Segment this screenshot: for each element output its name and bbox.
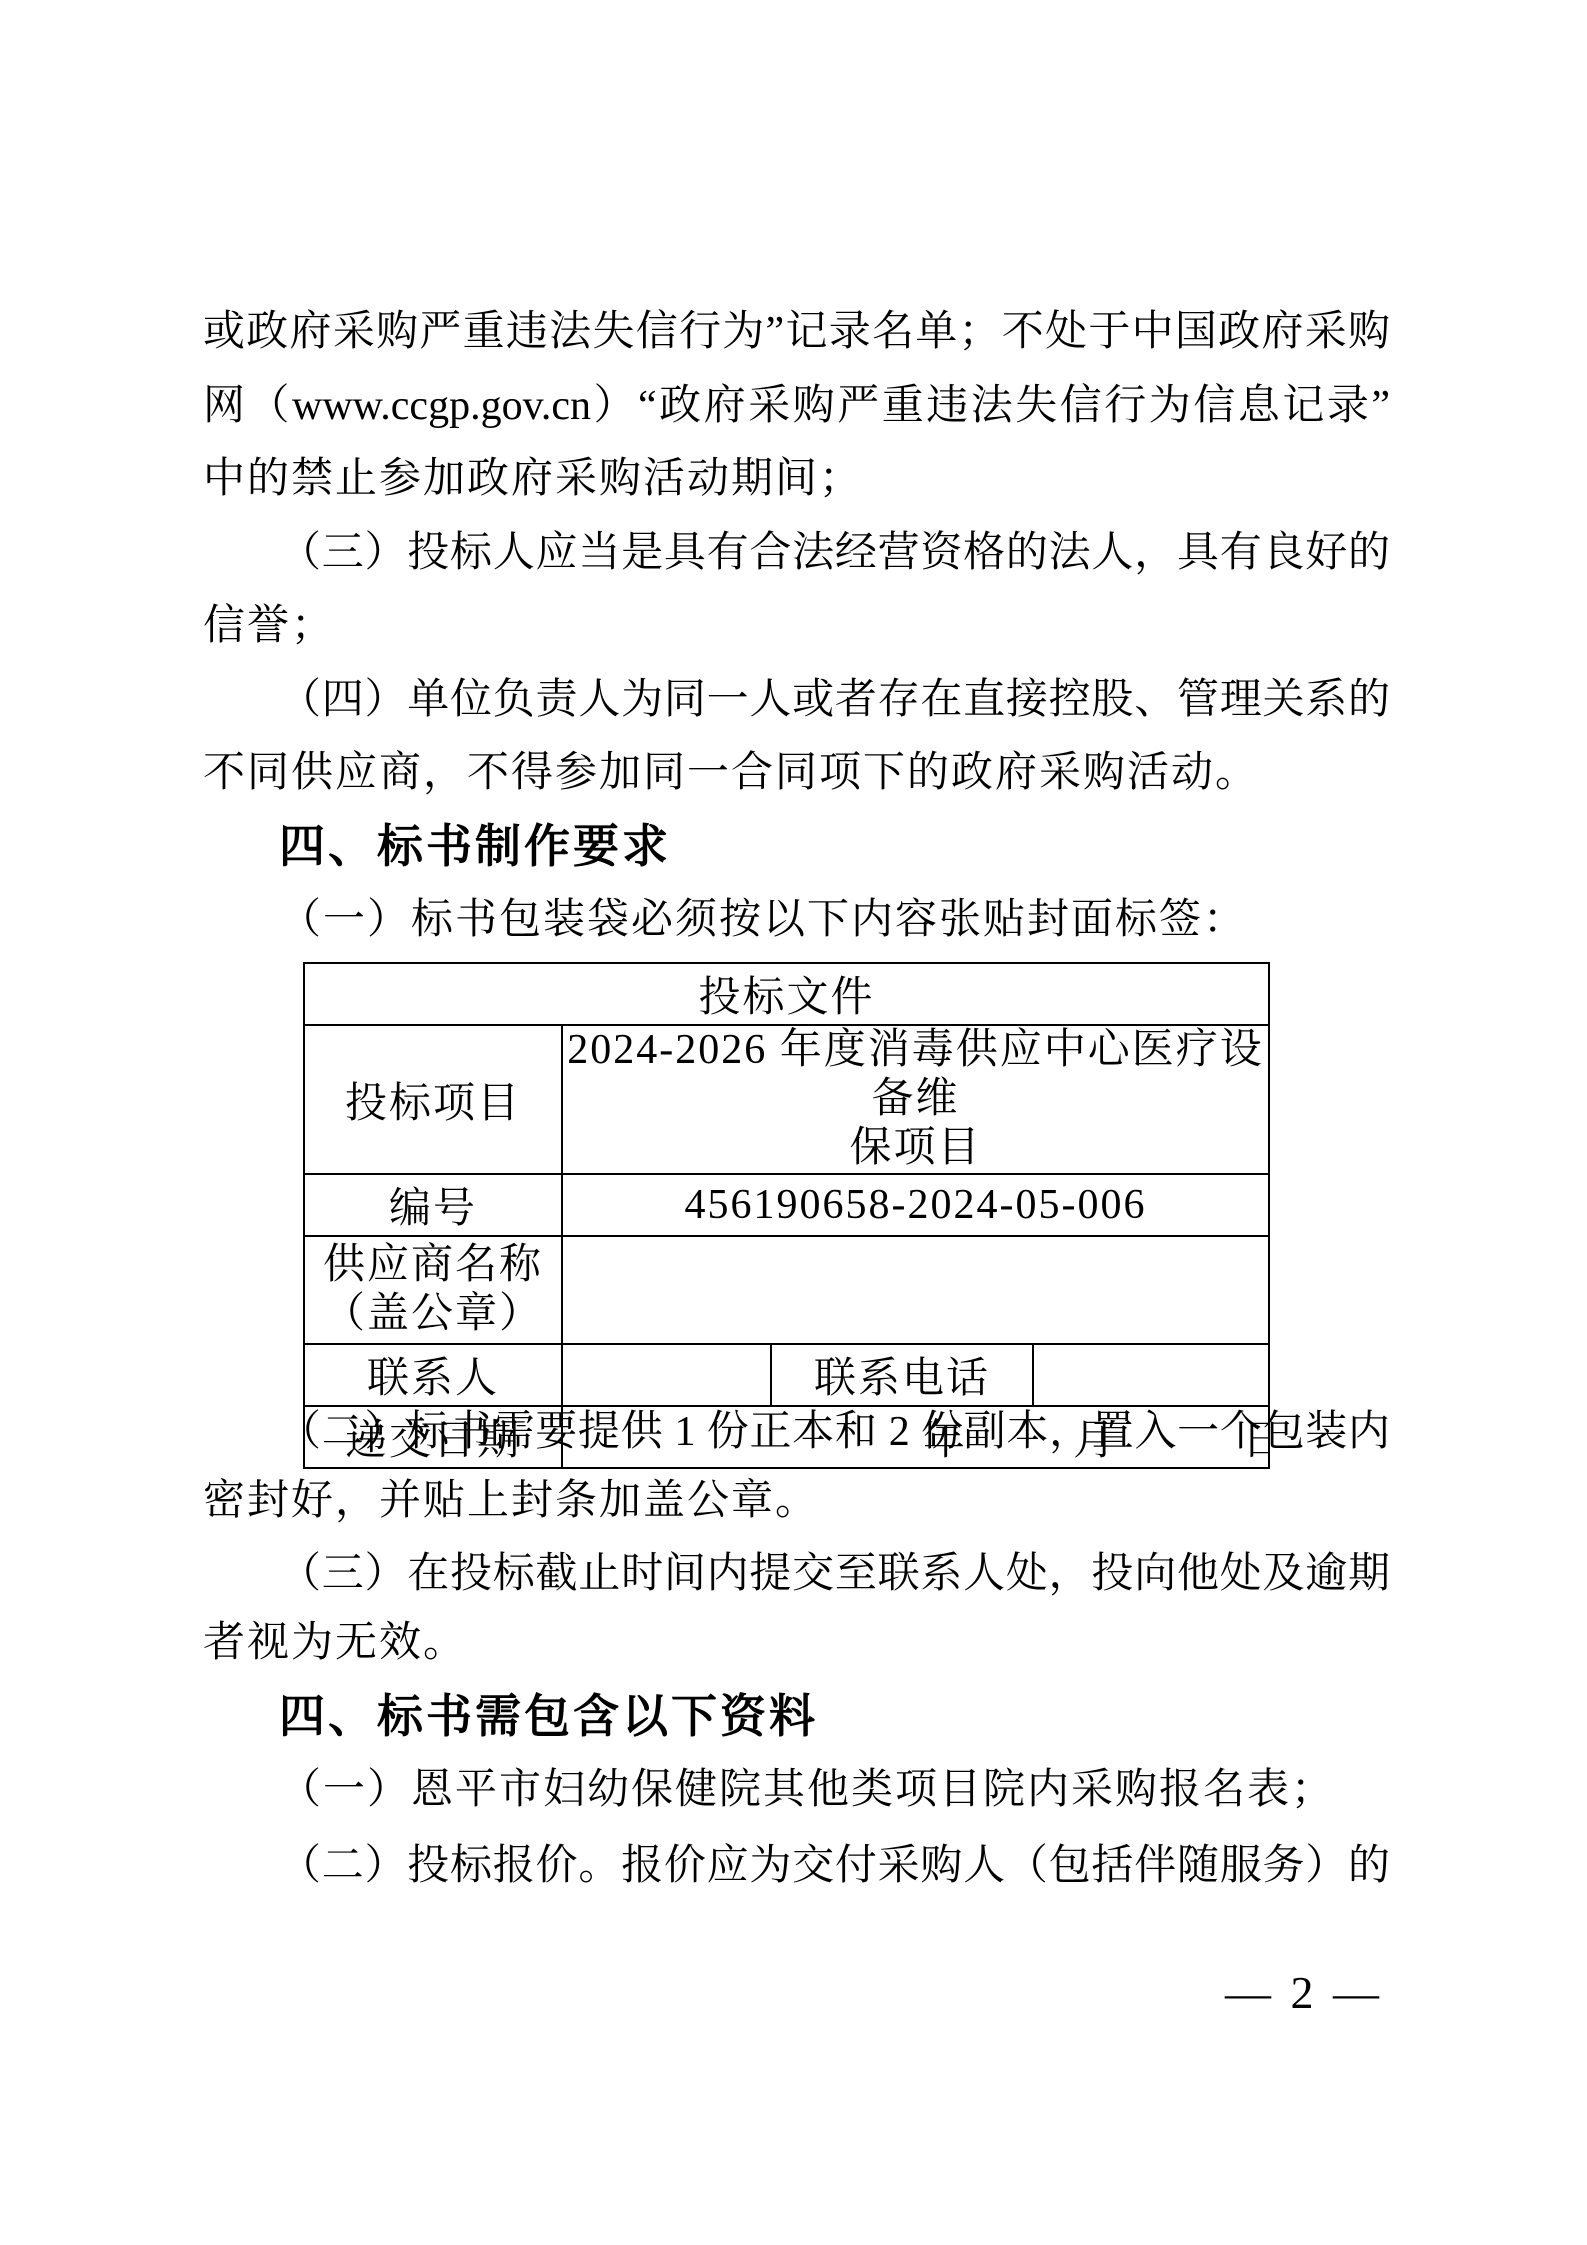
paragraph-line: （三）投标人应当是具有合法经营资格的法人，具有良好的	[203, 517, 1390, 590]
paragraph-line: 或政府采购严重违法失信行为”记录名单；不处于中国政府采购	[203, 296, 1390, 369]
number-label-cell: 编号	[304, 1174, 562, 1236]
paragraph-line: 信誉；	[203, 590, 1390, 663]
supplier-value-cell	[562, 1236, 1269, 1344]
page-number: — 2 —	[203, 1962, 1383, 2024]
paragraph-line: （一）标书包装袋必须按以下内容张贴封面标签：	[203, 884, 1390, 957]
supplier-label-cell: 供应商名称 （盖公章）	[304, 1236, 562, 1344]
paragraph-line: （二）投标报价。报价应为交付采购人（包括伴随服务）的	[203, 1830, 1390, 1903]
table-title-cell: 投标文件	[304, 963, 1269, 1025]
paragraph-line: （三）在投标截止时间内提交至联系人处，投向他处及逾期	[203, 1538, 1390, 1611]
paragraph-line: （四）单位负责人为同一人或者存在直接控股、管理关系的	[203, 664, 1390, 737]
supplier-label-line2: （盖公章）	[305, 1290, 561, 1339]
project-value-line1: 2024-2026 年度消毒供应中心医疗设备维	[563, 1026, 1268, 1124]
project-label-cell: 投标项目	[304, 1025, 562, 1174]
project-value-cell: 2024-2026 年度消毒供应中心医疗设备维 保项目	[562, 1025, 1269, 1174]
project-value-line2: 保项目	[563, 1124, 1268, 1173]
document-page: 或政府采购严重违法失信行为”记录名单；不处于中国政府采购 网（www.ccgp.…	[0, 0, 1587, 2245]
bid-cover-label-table: 投标文件 投标项目 2024-2026 年度消毒供应中心医疗设备维 保项目 编号…	[303, 962, 1270, 1469]
section-heading: 四、标书需包含以下资料	[203, 1680, 1390, 1753]
paragraph-line: 密封好，并贴上封条加盖公章。	[203, 1465, 1390, 1538]
paragraph-line: 不同供应商，不得参加同一合同项下的政府采购活动。	[203, 737, 1390, 810]
paragraph-line: （一）恩平市妇幼保健院其他类项目院内采购报名表；	[203, 1754, 1390, 1827]
paragraph-line: 中的禁止参加政府采购活动期间；	[203, 443, 1390, 516]
paragraph-line: （二）标书需要提供 1 份正本和 2 份副本，置入一个包装内	[203, 1396, 1390, 1469]
paragraph-line: 者视为无效。	[203, 1607, 1390, 1680]
section-heading: 四、标书制作要求	[203, 810, 1390, 883]
paragraph-line: 网（www.ccgp.gov.cn）“政府采购严重违法失信行为信息记录”	[203, 370, 1390, 443]
number-value-cell: 456190658-2024-05-006	[562, 1174, 1269, 1236]
supplier-label-line1: 供应商名称	[305, 1241, 561, 1290]
